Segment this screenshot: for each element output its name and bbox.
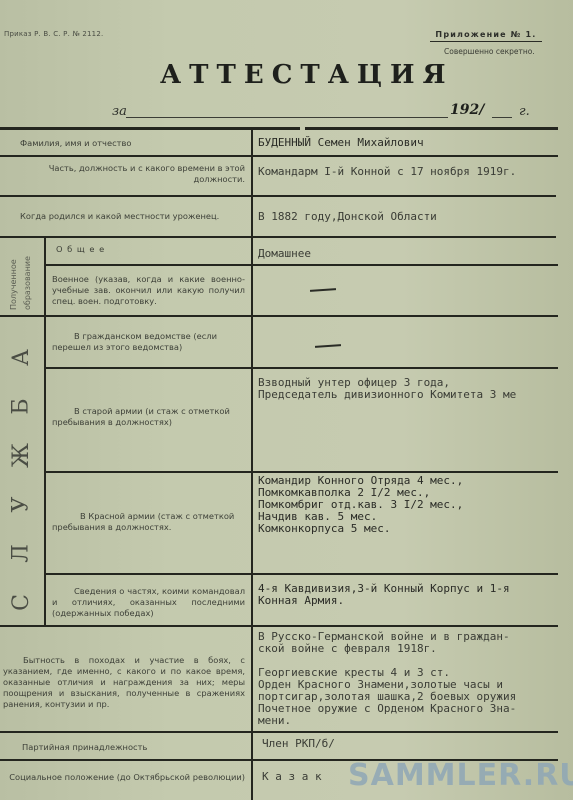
side-column-divider <box>44 236 46 625</box>
red-army-line-3: Помкомбриг отд.кав. 3 I/2 мес., <box>258 499 463 511</box>
red-army-line-2: Помкомкавполка 2 I/2 мес., <box>258 487 430 499</box>
units-label: Сведения о частях, коими командовал и от… <box>52 586 245 619</box>
rule <box>0 236 556 238</box>
year-suffix: г. <box>519 104 530 119</box>
education-side-label-1: Полученное <box>8 244 20 310</box>
attestation-form: Приказ Р. В. С. Р. № 2112. Приложение № … <box>0 0 573 800</box>
year-blank-line <box>492 117 512 118</box>
column-divider <box>251 127 253 800</box>
birth-value: В 1882 году,Донской Области <box>258 211 437 223</box>
campaigns-line-4: Георгиевские кресты 4 и 3 ст. <box>258 667 450 679</box>
side-letter: У <box>9 497 34 513</box>
period-blank-line <box>126 117 448 118</box>
old-army-label: В старой армии (и стаж с отметкой пребыв… <box>52 406 245 428</box>
side-letter: Ж <box>9 443 34 468</box>
social-value: К а з а к <box>262 771 322 783</box>
old-army-line-1: Взводный унтер офицер 3 года, <box>258 377 450 389</box>
classification-label: Совершенно секретно. <box>444 47 535 56</box>
rule <box>44 264 558 266</box>
red-army-line-1: Командир Конного Отряда 4 мес., <box>258 475 463 487</box>
campaigns-line-5: Орден Красного Знамени,золотые часы и <box>258 679 503 691</box>
units-line-2: Конная Армия. <box>258 595 344 607</box>
side-letter: С <box>9 594 34 611</box>
rule <box>0 731 558 733</box>
side-letter: Б <box>8 398 33 414</box>
units-line-1: 4-я Кавдивизия,3-й Конный Корпус и 1-я <box>258 583 510 595</box>
order-reference: Приказ Р. В. С. Р. № 2112. <box>4 30 103 38</box>
rule <box>44 367 558 369</box>
side-letter: А <box>8 349 33 366</box>
position-label: Часть, должность и с какого времени в эт… <box>2 163 245 185</box>
side-letter: Л <box>8 544 33 562</box>
birth-label: Когда родился и какой местности уроженец… <box>20 211 219 222</box>
education-side-label-2: образование <box>22 244 34 310</box>
period-prefix: за <box>112 104 127 119</box>
appendix-number: Приложение № 1. <box>430 30 542 42</box>
education-military-value-dash <box>310 288 336 292</box>
party-label: Партийная принадлежность <box>22 742 147 753</box>
rule <box>0 155 558 157</box>
service-civil-label: В гражданском ведомстве (если перешел из… <box>52 331 245 353</box>
rule <box>0 195 556 197</box>
rule <box>0 625 558 627</box>
service-civil-value-dash <box>315 344 341 348</box>
service-side-label: С Л У Ж Б А <box>8 345 34 615</box>
rule <box>44 471 558 473</box>
education-military-label: Военное (указав, когда и какие военно-уч… <box>52 274 245 307</box>
watermark: SAMMLER.RU <box>348 758 573 793</box>
rule <box>0 315 558 317</box>
year-field: 192/ <box>450 102 484 118</box>
campaigns-line-2: ской войне с февраля 1918г. <box>258 643 437 655</box>
rule-top-right <box>305 127 558 130</box>
document-title: АТТЕСТАЦИЯ <box>160 60 454 90</box>
campaigns-line-8: мени. <box>258 715 291 727</box>
red-army-line-4: Начдив кав. 5 мес. <box>258 511 377 523</box>
rule-top-left <box>0 127 300 130</box>
social-label: Социальное положение (до Октябрьской рев… <box>2 772 245 783</box>
campaigns-line-7: Почетное оружие с Орденом Красного Зна- <box>258 703 516 715</box>
full-name-label: Фамилия, имя и отчество <box>20 138 131 149</box>
position-value: Командарм I-й Конной с 17 ноября 1919г. <box>258 166 516 178</box>
party-value: Член РКП/б/ <box>262 738 335 750</box>
rule <box>44 573 558 575</box>
red-army-line-5: Комконкорпуса 5 мес. <box>258 523 390 535</box>
campaigns-line-6: портсигар,золотая шашка,2 боевых оружия <box>258 691 516 703</box>
campaigns-line-1: В Русско-Германской войне и в граждан- <box>258 631 510 643</box>
education-general-label: О б щ е е <box>56 244 105 255</box>
full-name-value: БУДЕННЫЙ Семен Михайлович <box>258 137 424 149</box>
education-general-value: Домашнее <box>258 248 311 260</box>
campaigns-label: Бытность в походах и участие в боях, с у… <box>3 655 245 710</box>
old-army-line-2: Председатель дивизионного Комитета 3 ме <box>258 389 516 401</box>
red-army-label: В Красной армии (стаж с отметкой пребыва… <box>52 511 245 533</box>
